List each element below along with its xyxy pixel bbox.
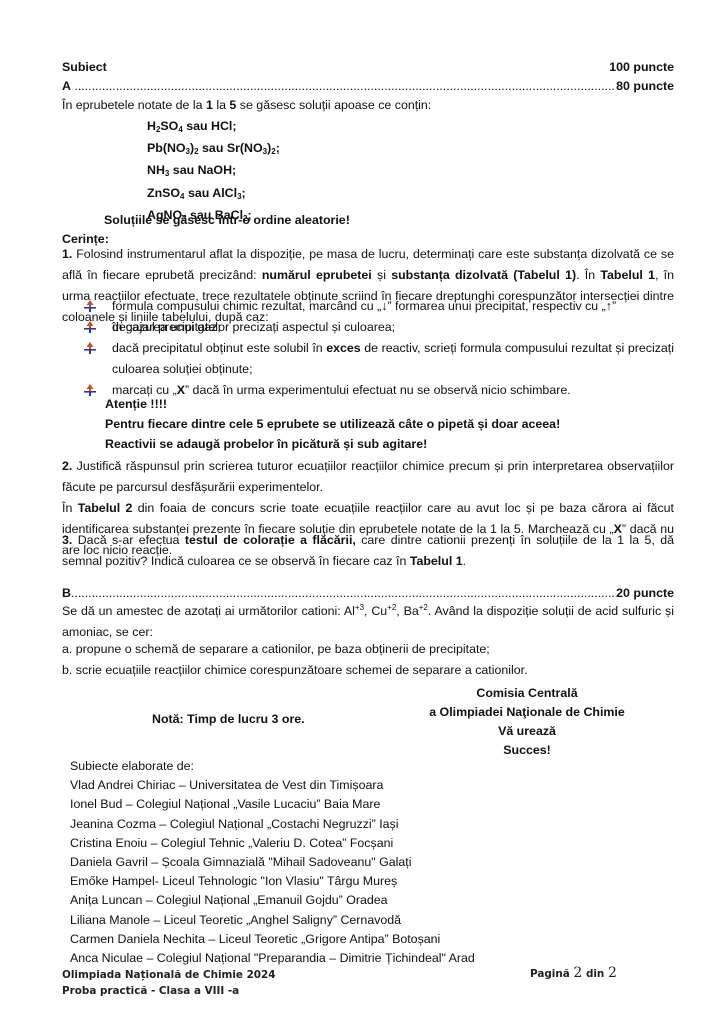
intro-num-1: 1 (206, 98, 213, 112)
page-indicator: Pagină 2 din 2 (530, 965, 617, 981)
q2-bold-b: Tabelul 2 (78, 501, 133, 515)
random-order-note: Soluțiile se găsesc într-o ordine aleato… (104, 213, 350, 227)
intro-mid: la (213, 98, 230, 112)
q3-bold-a: testul de colorație a flăcării, (185, 533, 356, 547)
author-item: Ionel Bud – Colegiul Național „Vasile Lu… (70, 795, 475, 814)
author-item: Carmen Daniela Nechita – Liceul Teoretic… (70, 930, 475, 949)
arrow-bullet-icon (84, 384, 96, 396)
q1-bold-a: numărul eprubetei (262, 268, 372, 282)
q2-text-b-pre: În (62, 501, 78, 515)
committee-line: a Olimpiadei Naţionale de Chimie (422, 703, 632, 722)
author-item: Emőke Hampel- Liceul Tehnologic "Ion Vla… (70, 872, 475, 891)
q2-number: 2. (62, 459, 72, 473)
q1-bullet: în cazul precipitatelor precizați aspect… (84, 317, 674, 338)
subject-points: 100 puncte (609, 60, 674, 74)
author-item: Anița Luncan – Colegiul Național „Emanui… (70, 891, 475, 910)
bullet-text: în cazul precipitatelor precizați aspect… (112, 320, 395, 334)
time-note: Notă: Timp de lucru 3 ore. (152, 712, 305, 726)
arrow-bullet-icon (84, 321, 96, 333)
committee-greeting: Comisia Centrală a Olimpiadei Naţionale … (422, 684, 632, 760)
solutions-list: H2SO4 sau HCl;Pb(NO3)2 sau Sr(NO3)2;NH3 … (147, 117, 280, 228)
q3-bold-b: Tabelul 1 (410, 554, 463, 568)
page-label: Pagină (530, 968, 570, 980)
solution-formula: NH3 sau NaOH; (147, 161, 280, 183)
authors-list: Vlad Andrei Chiriac – Universitatea de V… (70, 776, 475, 968)
bullet-bold: exces (326, 341, 360, 355)
author-item: Liliana Manole – Liceul Teoretic „Anghel… (70, 911, 475, 930)
q3-number: 3. (62, 533, 72, 547)
q3-text-a: Dacă s-ar efectua (72, 533, 184, 547)
section-a-label: A (62, 79, 71, 93)
dot-leader: ........................................… (71, 79, 616, 93)
footer-left: Olimpiada Națională de Chimie 2024 Proba… (62, 967, 276, 999)
page-total: 2 (608, 965, 617, 981)
author-item: Jeanina Cozma – Colegiul Național „Costa… (70, 815, 475, 834)
arrow-bullet-icon (84, 300, 96, 312)
committee-line: Vă urează (422, 722, 632, 741)
footer-test: Proba practică - Clasa a VIII -a (62, 983, 276, 999)
section-a-header: A ......................................… (62, 79, 674, 93)
arrow-bullet-icon (84, 342, 96, 354)
q2-text-a: Justifică răspunsul prin scrierea tuturo… (62, 459, 674, 494)
intro-pre: În eprubetele notate de la (62, 98, 206, 112)
footer-olympiad: Olimpiada Națională de Chimie 2024 (62, 967, 276, 983)
section-a-points: 80 puncte (616, 79, 674, 93)
solution-formula: H2SO4 sau HCl; (147, 117, 280, 139)
q1-text-c: . În (576, 268, 600, 282)
solution-formula: ZnSO4 sau AlCl3; (147, 184, 280, 206)
attention-line: Reactivii se adaugă probelor în picătură… (105, 434, 560, 454)
q1-bold-c: Tabelul 1 (600, 268, 655, 282)
attention-title: Atenție !!!! (105, 394, 560, 414)
intro-text: În eprubetele notate de la 1 la 5 se găs… (62, 98, 431, 112)
section-b-item-a: a. propune o schemă de separare a cation… (62, 642, 490, 656)
question-3: 3. Dacă s-ar efectua testul de colorație… (62, 530, 674, 572)
page-current: 2 (573, 965, 582, 981)
q1-bullet: dacă precipitatul obținut este solubil î… (84, 338, 674, 380)
author-item: Anca Niculae – Colegiul Național "Prepar… (70, 949, 475, 968)
subject-header: Subiect 100 puncte (62, 60, 674, 74)
authors-heading: Subiecte elaborate de: (70, 757, 475, 776)
attention-line: Pentru fiecare dintre cele 5 eprubete se… (105, 414, 560, 434)
committee-line: Comisia Centrală (422, 684, 632, 703)
page-of: din (586, 968, 604, 980)
author-item: Cristina Enoiu – Colegiul Tehnic „Valeri… (70, 834, 475, 853)
section-b-intro: Se dă un amestec de azotați ai următoril… (62, 597, 674, 643)
q1-text-b: și (372, 268, 391, 282)
q1-bold-b: substanța dizolvată (Tabelul 1) (391, 268, 576, 282)
author-item: Daniela Gavril – Școala Gimnazială "Miha… (70, 853, 475, 872)
author-item: Vlad Andrei Chiriac – Universitatea de V… (70, 776, 475, 795)
q3-text-c: . (463, 554, 466, 568)
authors-block: Subiecte elaborate de: Vlad Andrei Chiri… (70, 757, 475, 968)
attention-box: Atenție !!!! Pentru fiecare dintre cele … (105, 394, 560, 454)
q1-number: 1. (62, 247, 72, 261)
bullet-text: dacă precipitatul obținut este solubil î… (112, 341, 326, 355)
solution-formula: Pb(NO3)2 sau Sr(NO3)2; (147, 139, 280, 161)
section-b-item-b: b. scrie ecuațiile reacțiilor chimice co… (62, 663, 528, 677)
subject-label: Subiect (62, 60, 107, 74)
intro-post: se găsesc soluții apoase ce conțin: (236, 98, 431, 112)
